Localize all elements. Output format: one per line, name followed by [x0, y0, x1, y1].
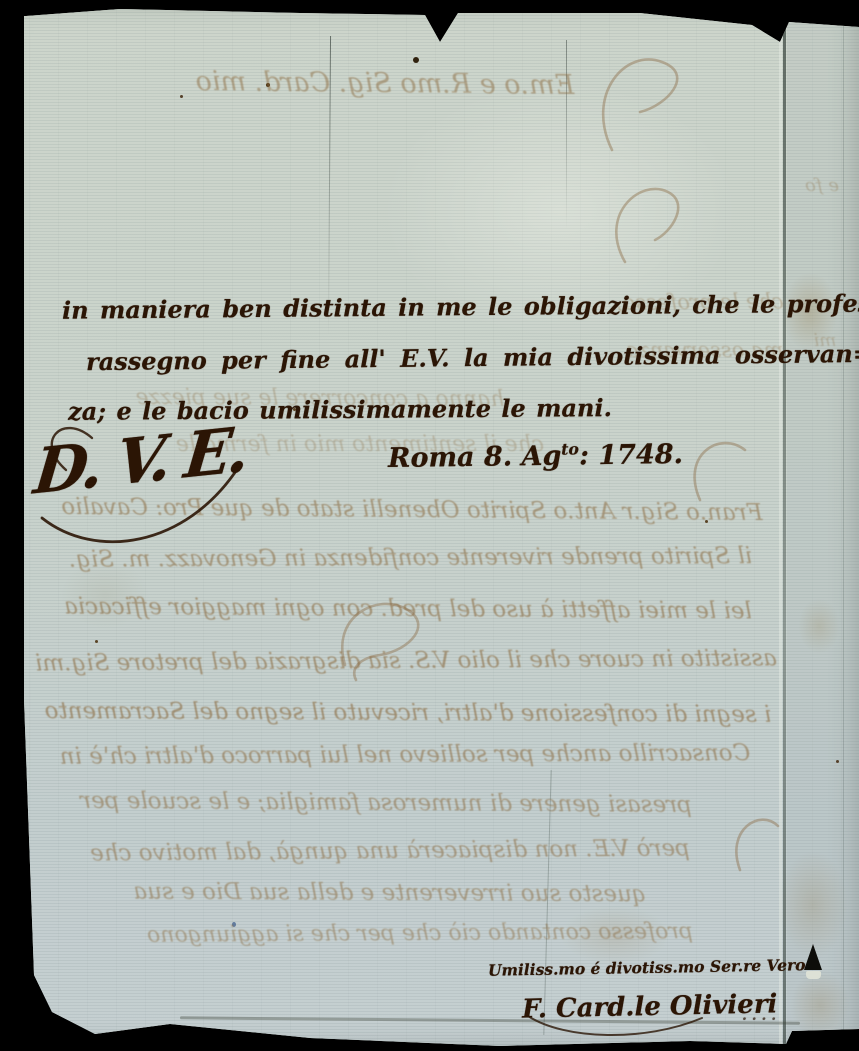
bleedthrough-line: questo suo irreverente e della sua Dio e… — [60, 878, 720, 907]
letter-body-line: za; e le bacio umilissimamente le mani. — [68, 393, 612, 426]
bleedthrough-line: Consacrillo anche per sollievo nel lui p… — [30, 740, 780, 770]
bleedthrough-line: lei le miei affetti à uso del pred. con … — [34, 593, 782, 624]
bleedthrough-header: Em.o e R.mo Sig. Card. mio — [150, 66, 620, 102]
bleedthrough-line: però V.E. non dispiacerà una qungà, dal … — [30, 835, 750, 867]
paper-sheet: Em.o e R.mo Sig. Card. mio che le profes… — [0, 0, 859, 1051]
dateline-superscript: to — [561, 439, 579, 458]
ink-speck — [95, 640, 98, 643]
crease-line — [566, 40, 567, 230]
flourish-curl — [616, 189, 678, 262]
dateline-suffix: : 1748. — [579, 439, 683, 471]
crease-line — [779, 18, 782, 1048]
right-leaf — [787, 0, 859, 1051]
signature-line-2: F. Card.le Olivieri — [522, 989, 778, 1024]
paper-hole-notch — [806, 971, 821, 979]
bleedthrough-mark: e fo — [792, 175, 852, 196]
paper-hole-marker — [804, 944, 822, 970]
bleedthrough-line: presasi genere di numerosa famiglia; e l… — [36, 788, 736, 819]
manuscript-scan: Em.o e R.mo Sig. Card. mio che le profes… — [0, 0, 859, 1051]
signature-trailing-dots: . . . . — [742, 1008, 776, 1024]
bleedthrough-line: i segni di confessione d'altri, ricevuto… — [34, 698, 782, 728]
dateline-prefix: Roma 8. Ag — [388, 441, 562, 474]
letter-body-line: in maniera ben distinta in me le obligaz… — [62, 288, 859, 324]
fold-crease-main — [783, 18, 786, 1048]
letter-body-line: rassegno per fine all' E.V. la mia divot… — [86, 339, 859, 376]
bleedthrough-line: il Spirito prende riverente confidenza i… — [38, 543, 783, 573]
dateline: Roma 8. Agto: 1748. — [388, 438, 683, 474]
bleedthrough-line: professo contando ciò che per che si agg… — [130, 919, 710, 948]
signature-line-1: Umiliss.mo é divotiss.mo Ser.re Vero — [488, 955, 806, 980]
bleedthrough-line: assistito in cuore che il olio V.S. sia … — [30, 645, 782, 676]
closing-monogram: D. V. E. — [31, 412, 250, 508]
ink-speck — [413, 57, 419, 63]
bleedthrough-line: Fran.o Sig.r Ant.o Spirito Obenelli stat… — [42, 494, 782, 526]
flourish-curl — [695, 443, 745, 500]
